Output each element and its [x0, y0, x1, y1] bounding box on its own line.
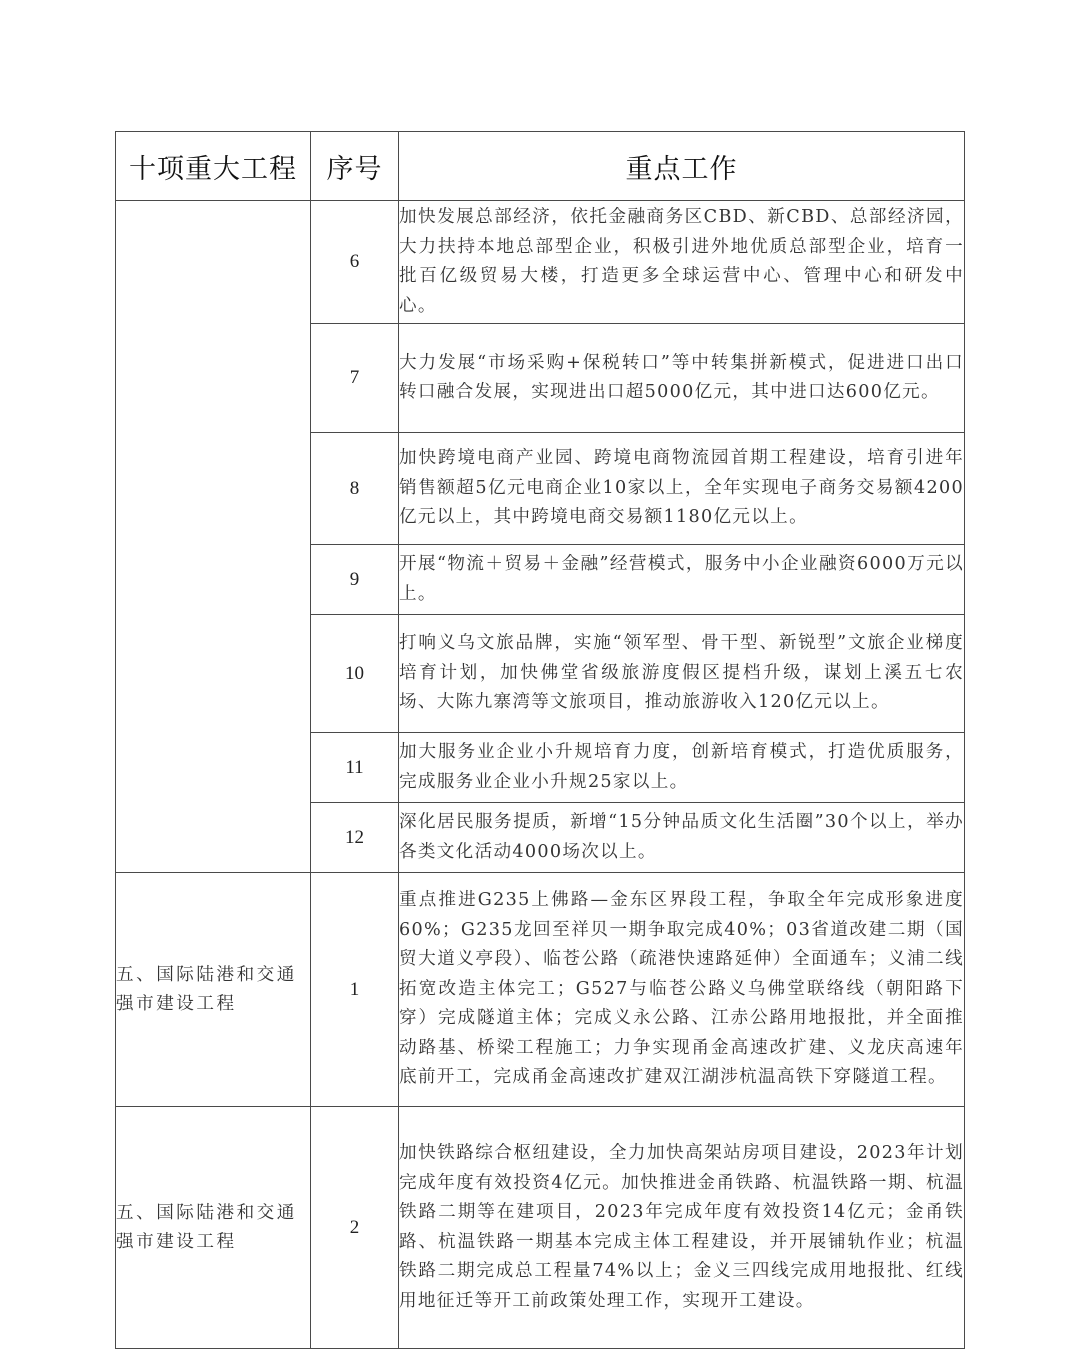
project-cell [116, 201, 311, 873]
seq-cell: 11 [311, 733, 399, 803]
work-cell: 加快铁路综合枢纽建设，全力加快高架站房项目建设，2023年计划完成年度有效投资4… [399, 1107, 965, 1349]
table-row: 6 加快发展总部经济，依托金融商务区CBD、新CBD、总部经济园，大力扶持本地总… [116, 201, 965, 324]
seq-cell: 2 [311, 1107, 399, 1349]
project-cell: 五、国际陆港和交通强市建设工程 [116, 1107, 311, 1349]
project-cell: 五、国际陆港和交通强市建设工程 [116, 873, 311, 1107]
seq-cell: 7 [311, 324, 399, 433]
table-header-row: 十项重大工程 序号 重点工作 [116, 132, 965, 201]
work-cell: 开展“物流＋贸易＋金融”经营模式，服务中小企业融资6000万元以上。 [399, 545, 965, 615]
seq-cell: 12 [311, 803, 399, 873]
work-cell: 大力发展“市场采购+保税转口”等中转集拼新模式，促进进口出口转口融合发展，实现进… [399, 324, 965, 433]
seq-cell: 9 [311, 545, 399, 615]
table-row: 五、国际陆港和交通强市建设工程 1 重点推进G235上佛路—金东区界段工程，争取… [116, 873, 965, 1107]
seq-cell: 8 [311, 433, 399, 545]
seq-cell: 1 [311, 873, 399, 1107]
key-projects-table: 十项重大工程 序号 重点工作 6 加快发展总部经济，依托金融商务区CBD、新CB… [115, 131, 965, 1349]
work-cell: 加快跨境电商产业园、跨境电商物流园首期工程建设，培育引进年销售额超5亿元电商企业… [399, 433, 965, 545]
work-cell: 加大服务业企业小升规培育力度，创新培育模式，打造优质服务，完成服务业企业小升规2… [399, 733, 965, 803]
work-cell: 加快发展总部经济，依托金融商务区CBD、新CBD、总部经济园，大力扶持本地总部型… [399, 201, 965, 324]
work-cell: 深化居民服务提质，新增“15分钟品质文化生活圈”30个以上，举办各类文化活动40… [399, 803, 965, 873]
header-project: 十项重大工程 [116, 132, 311, 201]
work-cell: 重点推进G235上佛路—金东区界段工程，争取全年完成形象进度60%；G235龙回… [399, 873, 965, 1107]
table-row: 五、国际陆港和交通强市建设工程 2 加快铁路综合枢纽建设，全力加快高架站房项目建… [116, 1107, 965, 1349]
header-seq: 序号 [311, 132, 399, 201]
seq-cell: 10 [311, 615, 399, 733]
header-work: 重点工作 [399, 132, 965, 201]
work-cell: 打响义乌文旅品牌，实施“领军型、骨干型、新锐型”文旅企业梯度培育计划，加快佛堂省… [399, 615, 965, 733]
seq-cell: 6 [311, 201, 399, 324]
